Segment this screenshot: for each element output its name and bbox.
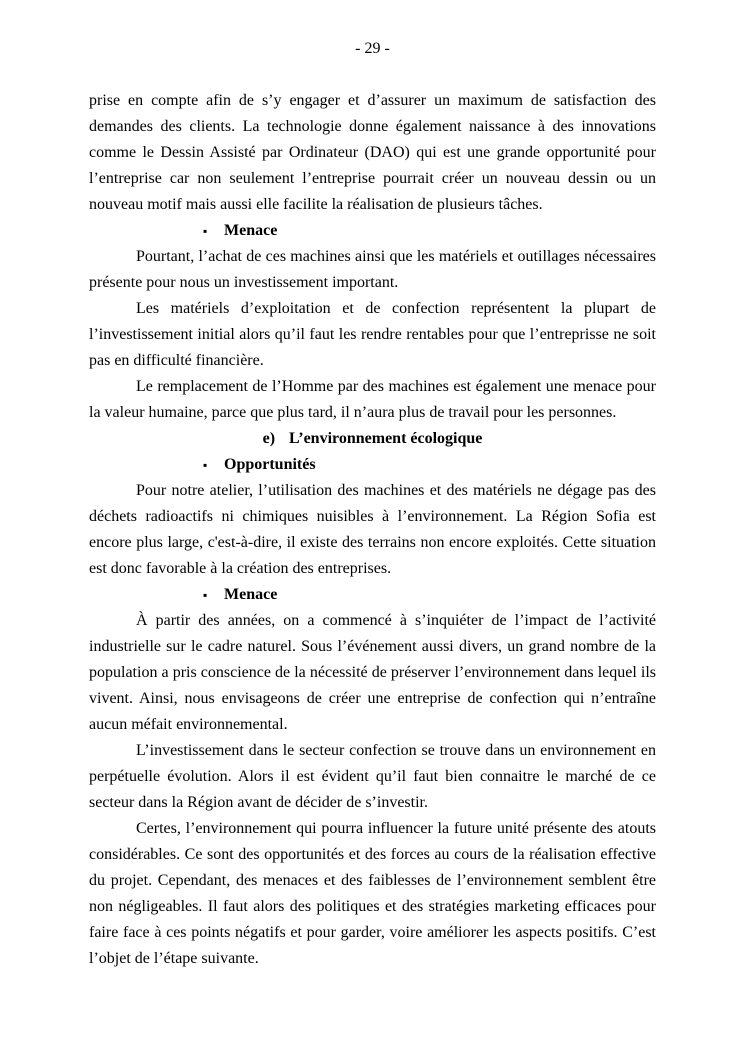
page-number: - 29 -	[89, 36, 656, 62]
paragraph-certes: Certes, l’environnement qui pourra influ…	[89, 816, 656, 972]
paragraph-intro-continuation: prise en compte afin de s’y engager et d…	[89, 88, 656, 218]
bullet-square-icon: ▪	[203, 452, 224, 478]
paragraph-materiels: Les matériels d’exploitation et de confe…	[89, 296, 656, 374]
bullet-item-menace-2: ▪Menace	[89, 582, 656, 608]
section-heading-marker: e)	[263, 430, 275, 447]
bullet-square-icon: ▪	[203, 218, 224, 244]
paragraph-investissement: L’investissement dans le secteur confect…	[89, 738, 656, 816]
bullet-item-label: Opportunités	[224, 456, 316, 473]
bullet-item-menace-1: ▪Menace	[89, 218, 656, 244]
bullet-item-label: Menace	[224, 586, 277, 603]
section-heading-environnement-ecologique: e)L’environnement écologique	[89, 426, 656, 452]
document-page: - 29 - prise en compte afin de s’y engag…	[0, 0, 745, 1053]
bullet-square-icon: ▪	[203, 582, 224, 608]
paragraph-a-partir: À partir des années, on a commencé à s’i…	[89, 608, 656, 738]
section-heading-title: L’environnement écologique	[289, 430, 482, 447]
paragraph-atelier: Pour notre atelier, l’utilisation des ma…	[89, 478, 656, 582]
bullet-item-label: Menace	[224, 222, 277, 239]
paragraph-remplacement: Le remplacement de l’Homme par des machi…	[89, 374, 656, 426]
bullet-item-opportunites: ▪Opportunités	[89, 452, 656, 478]
paragraph-pourtant: Pourtant, l’achat de ces machines ainsi …	[89, 244, 656, 296]
